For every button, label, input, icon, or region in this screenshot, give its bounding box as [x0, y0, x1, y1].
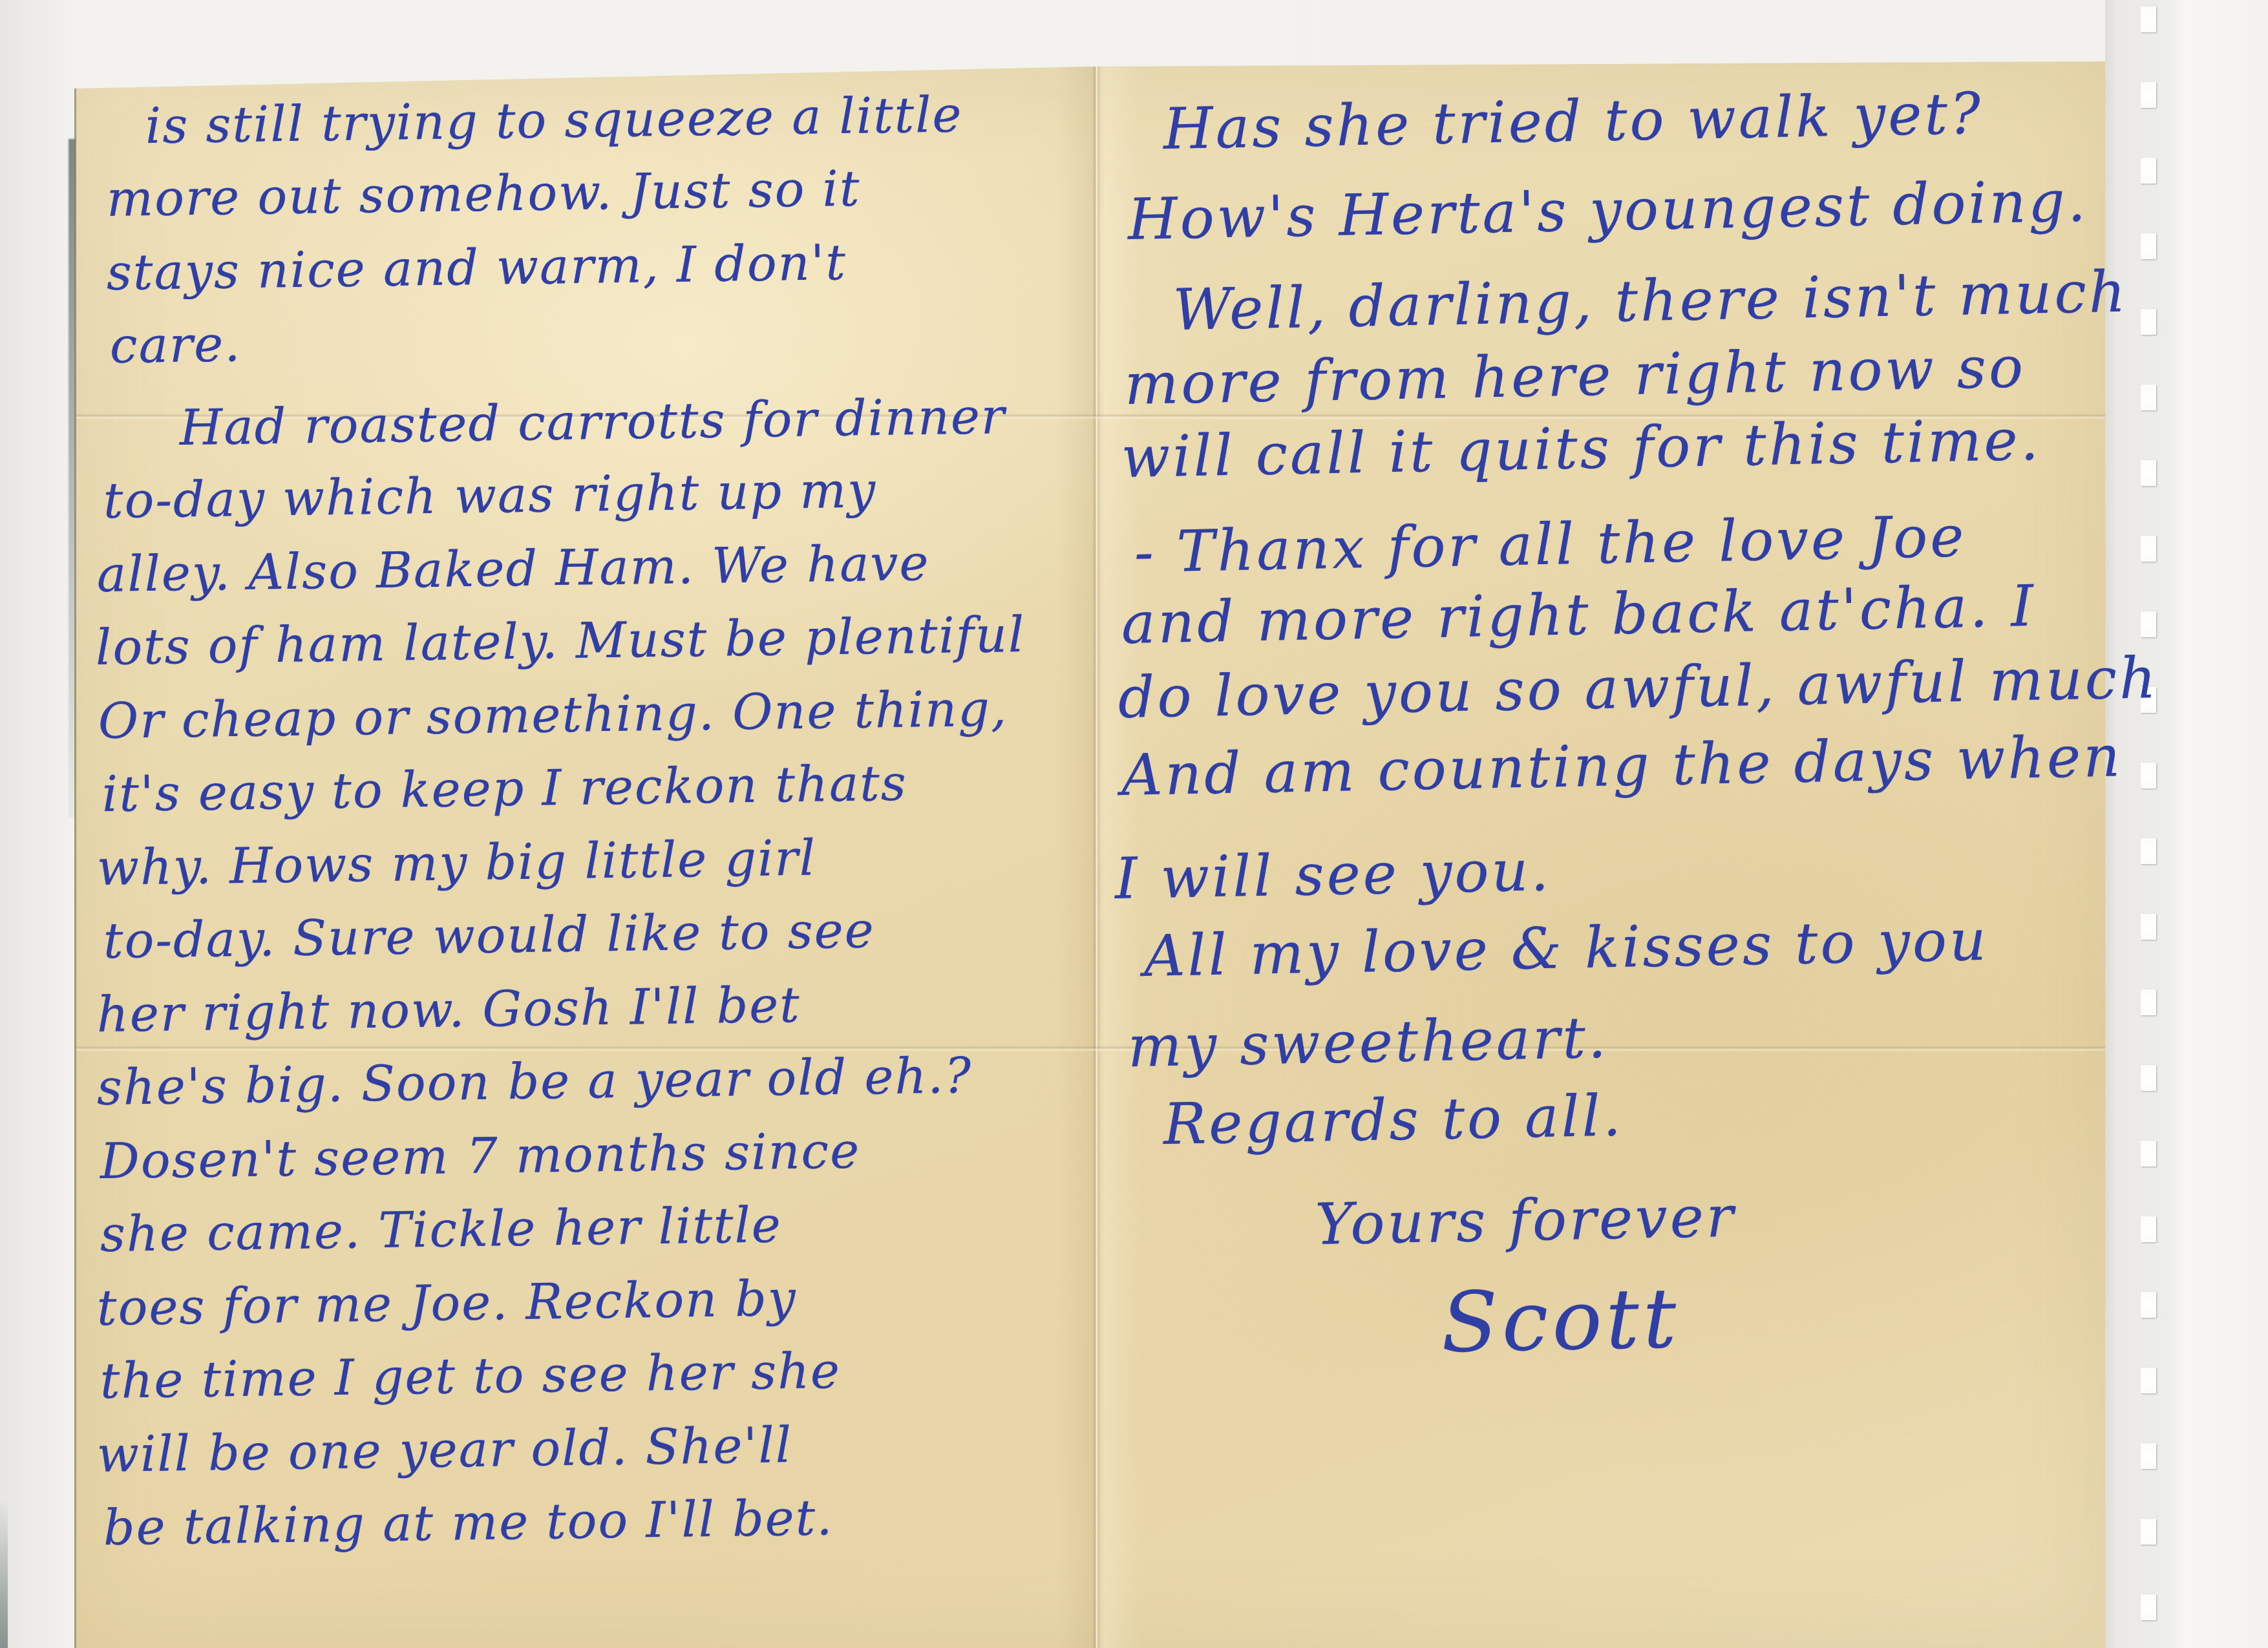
handwritten-line: it's easy to keep I reckon thats	[101, 754, 907, 823]
handwritten-line: stays nice and warm, I don't	[106, 233, 847, 301]
handwritten-line: Or cheap or something. One thing,	[98, 679, 1008, 750]
handwritten-line: Regards to all.	[1163, 1082, 1624, 1157]
handwritten-line: she came. Tickle her little	[100, 1196, 782, 1263]
handwritten-line: more out somehow. Just so it	[106, 160, 861, 227]
handwritten-line: will be one year old. She'll	[96, 1416, 792, 1483]
handwritten-line: she's big. Soon be a year old eh.?	[96, 1046, 972, 1116]
handwritten-line: alley. Also Baked Ham. We have	[96, 534, 929, 603]
handwritten-line: care.	[109, 315, 242, 374]
handwritten-line: to-day. Sure would like to see	[103, 901, 875, 969]
handwritten-line: my sweetheart.	[1127, 1004, 1609, 1080]
handwritten-line: toes for me Joe. Reckon by	[96, 1269, 797, 1336]
handwritten-line: be talking at me too I'll bet.	[103, 1488, 834, 1556]
handwritten-line: the time I get to see her she	[100, 1342, 841, 1410]
letter-text: is still trying to squeeze a little more…	[0, 0, 2268, 1648]
handwritten-line: And am counting the days when	[1121, 723, 2123, 808]
handwritten-line: will call it quits for this time.	[1121, 407, 2041, 491]
handwritten-line: her right now. Gosh I'll bet	[96, 976, 801, 1043]
handwritten-line: lots of ham lately. Must be plentiful	[95, 606, 1025, 676]
handwritten-line: I will see you.	[1114, 837, 1552, 912]
handwritten-line: Yours forever	[1315, 1183, 1737, 1258]
signature: Scott	[1441, 1271, 1681, 1371]
handwritten-line: How's Herta's youngest doing.	[1127, 167, 2089, 253]
handwritten-line: do love you so awful, awful much	[1118, 644, 2159, 731]
handwritten-line: is still trying to squeeze a little	[145, 85, 963, 154]
handwritten-line: Has she tried to walk yet?	[1163, 80, 1984, 162]
handwritten-line: more from here right now so	[1124, 333, 2026, 417]
handwritten-line: All my love & kisses to you	[1143, 907, 1989, 989]
handwritten-line: and more right back at'cha. I	[1121, 573, 2037, 657]
handwritten-line: to-day which was right up my	[103, 461, 876, 529]
handwritten-line: why. Hows my big little girl	[96, 829, 816, 896]
handwritten-line: Dosen't seem 7 months since	[100, 1122, 860, 1190]
handwritten-line: - Thanx for all the love Joe	[1134, 503, 1967, 586]
handwritten-line: Well, darling, there isn't much	[1172, 259, 2128, 343]
handwritten-line: Had roasted carrotts for dinner	[179, 387, 1006, 456]
